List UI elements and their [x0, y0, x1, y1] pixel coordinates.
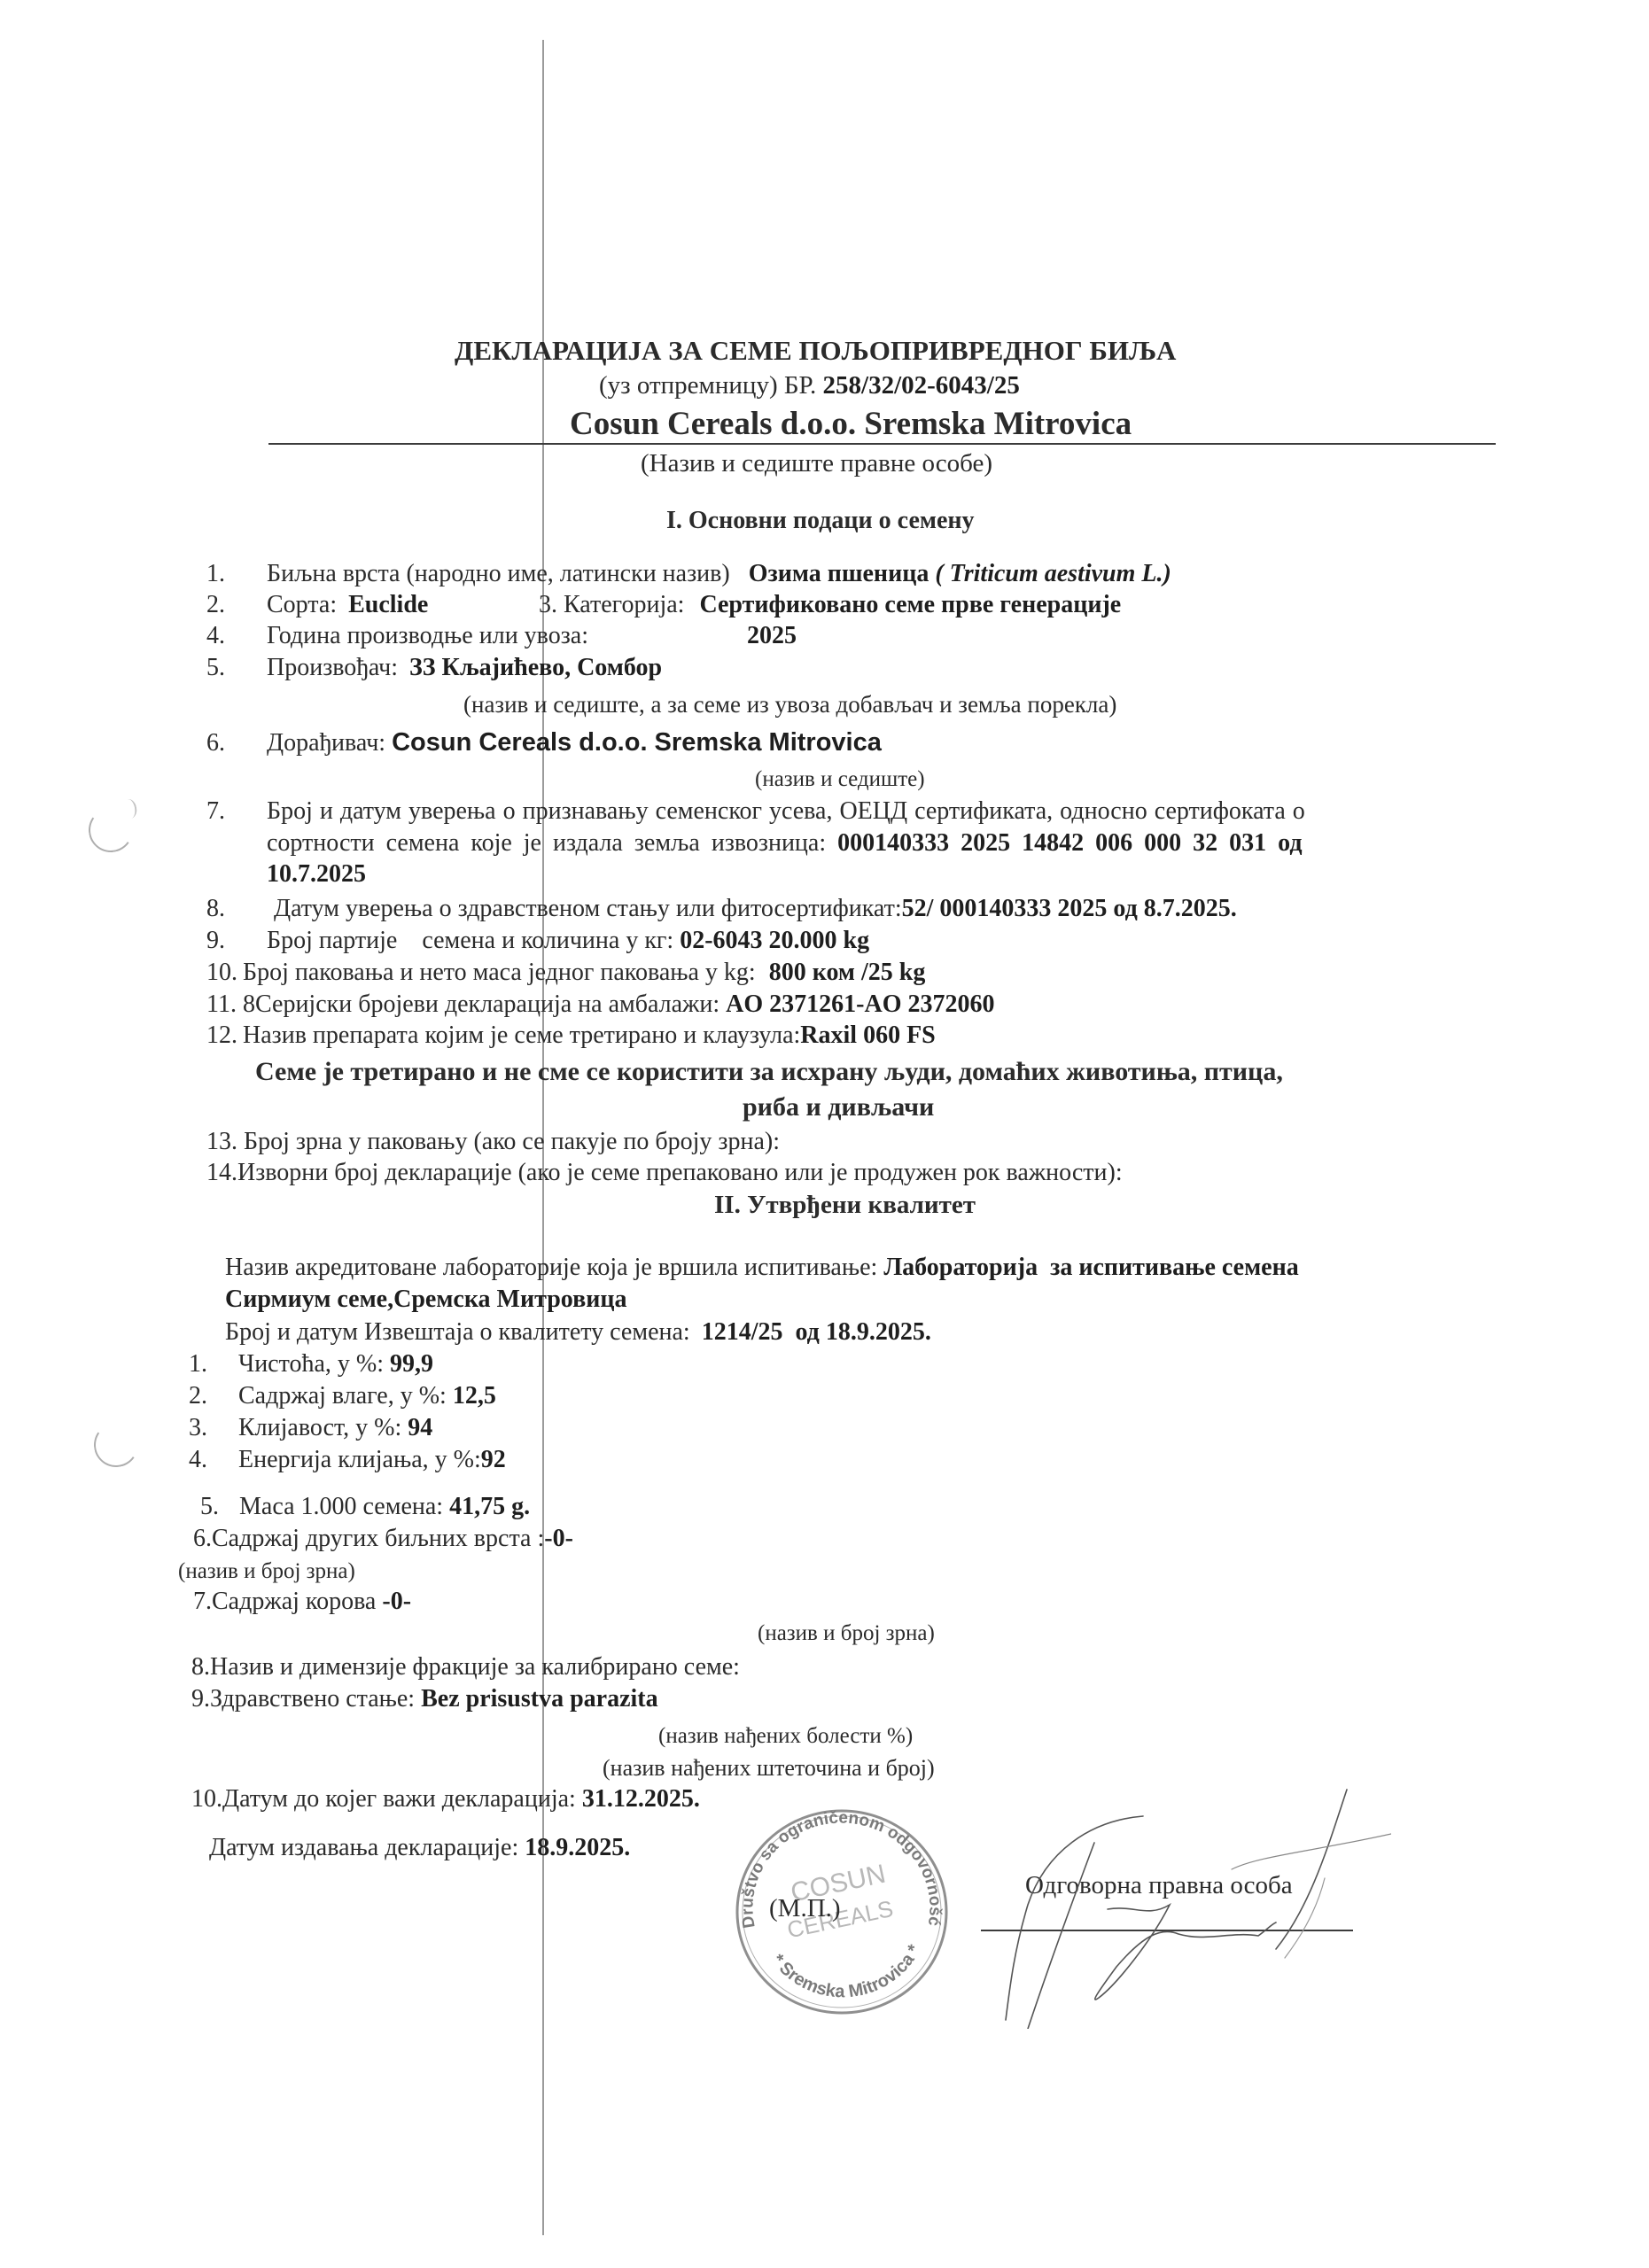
item-number: 12.: [206, 1021, 237, 1050]
item-label: Број партије семена и количина у кг:: [267, 927, 673, 954]
item-label: 9.Здравствено стање:: [191, 1685, 421, 1713]
item-value: 02-6043 20.000 kg: [680, 927, 869, 954]
quality-item-9-caption-2: (назив нађених штеточина и број): [603, 1755, 935, 1782]
item-value: Озима пшеница: [749, 560, 930, 587]
item-label: Категорија:: [564, 591, 684, 618]
item-7: 7.Број и датум уверења о признавању семе…: [206, 797, 1305, 826]
issue-date-label: Датум издавања декларације:: [209, 1834, 525, 1861]
item-9: 9.Број партије семена и количина у кг: 0…: [206, 927, 869, 955]
item-number: 5.: [200, 1493, 239, 1521]
signature-scribble-icon: [975, 1772, 1391, 2029]
item-label: Енергија клијања, у %:: [238, 1446, 481, 1473]
shipment-prefix: (уз отпремницу) БР.: [599, 371, 823, 400]
quality-item-2: 2.Садржај влаге, у %: 12,5: [189, 1382, 496, 1410]
item-value: Bez prisustva parazita: [421, 1685, 658, 1713]
item-value: -0-: [382, 1588, 411, 1615]
item-11: 11. 8Серијски бројеви декларација на амб…: [206, 990, 994, 1019]
quality-item-6-caption: (назив и број зрна): [178, 1559, 355, 1584]
company-caption: (Назив и седиште правне особе): [641, 449, 992, 478]
item-number: 1.: [206, 560, 267, 588]
item-label-line-1: Број и датум уверења о признавању семенс…: [267, 797, 1305, 825]
item-number: 14.: [206, 1159, 237, 1186]
lab-name: Назив акредитоване лабораторије која је …: [225, 1254, 1299, 1282]
lab-label: Назив акредитоване лабораторије која је …: [225, 1254, 877, 1281]
item-number: 6.: [206, 729, 267, 757]
item-label: Дорађивач:: [267, 729, 385, 757]
item-value: Euclide: [348, 591, 428, 618]
item-label: Број паковања и нето маса једног паковањ…: [243, 959, 756, 986]
quality-item-7: 7.Садржај корова -0-: [193, 1588, 411, 1616]
item-number: 1.: [189, 1350, 238, 1379]
treatment-warning-line-2: риба и дивљачи: [743, 1092, 934, 1122]
section-2-title: II. Утврђени квалитет: [714, 1191, 976, 1220]
item-value: ЗЗ Кљајићево, Сомбор: [409, 654, 662, 681]
item-value: 800 ком /25 kg: [769, 959, 926, 986]
item-value: 12,5: [453, 1382, 496, 1410]
item-5-caption: (назив и седиште, а за семе из увоза доб…: [463, 691, 1116, 718]
item-label: 6.Садржај других биљних врста :: [193, 1525, 544, 1552]
item-number: 7.: [206, 797, 267, 826]
item-value: 31.12.2025.: [582, 1785, 700, 1813]
item-label: 10.Датум до којег важи декларација:: [191, 1785, 582, 1813]
item-label: Клијавост, у %:: [238, 1414, 401, 1441]
item-value: 000140333 2025 14842 006 000 32 031 од: [837, 829, 1302, 857]
item-8: 8.Датум уверења о здравственом стању или…: [206, 895, 1237, 923]
quality-item-3: 3.Клијавост, у %: 94: [189, 1414, 432, 1442]
shipment-reference: (уз отпремницу) БР. 258/32/02-6043/25: [599, 371, 1020, 400]
quality-item-4: 4.Енергија клијања, у %:92: [189, 1446, 506, 1474]
section-1-title: I. Основни подаци о семену: [666, 507, 975, 535]
item-13: 13. Број зрна у паковању (ако се пакује …: [206, 1128, 780, 1156]
item-label: Маса 1.000 семена:: [239, 1493, 443, 1520]
item-label: Сорта:: [267, 591, 337, 618]
quality-item-6: 6.Садржај других биљних врста :-0-: [193, 1525, 573, 1553]
item-4-value: 2025: [747, 622, 797, 650]
item-label: Биљна врста (народно име, латински назив…: [267, 560, 730, 587]
item-10: 10. Број паковања и нето маса једног пак…: [206, 959, 925, 987]
item-value: -0-: [544, 1525, 573, 1552]
item-6: 6.Дорађивач: Cosun Cereals d.o.o. Sremsk…: [206, 728, 882, 757]
item-label-line-2: сортности семена које је издала земља из…: [267, 829, 826, 857]
quality-report: Број и датум Извештаја о квалитету семен…: [225, 1318, 931, 1347]
item-number: 3.: [539, 591, 557, 618]
item-label: Број зрна у паковању (ако се пакује по б…: [244, 1128, 780, 1155]
item-label: 7.Садржај корова: [193, 1588, 382, 1615]
quality-item-10: 10.Датум до којег важи декларација: 31.1…: [191, 1785, 700, 1814]
item-value: Raxil 060 FS: [800, 1021, 935, 1049]
seal-placeholder-label: (М.П.): [769, 1894, 841, 1923]
item-12: 12. Назив препарата којим је семе третир…: [206, 1021, 936, 1050]
item-value: 52/ 000140333 2025 од 8.7.2025.: [902, 895, 1237, 922]
item-1: 1.Биљна врста (народно име, латински наз…: [206, 560, 1171, 588]
quality-item-1: 1.Чистоћа, у %: 99,9: [189, 1350, 433, 1379]
company-seal: Društvo sa ograničenom odgovornošću * Sr…: [728, 1803, 955, 2020]
item-6-caption: (назив и седиште): [755, 767, 925, 792]
shipment-number: 258/32/02-6043/25: [823, 371, 1020, 400]
item-label: Датум уверења о здравственом стању или ф…: [274, 895, 902, 922]
item-number: 11.: [206, 990, 237, 1019]
item-number: 8.: [206, 895, 274, 923]
punch-hole-mark: [85, 804, 136, 856]
item-value: 99,9: [390, 1350, 433, 1378]
item-number: 4.: [189, 1446, 238, 1474]
item-14: 14.Изворни број декларације (ако је семе…: [206, 1159, 1123, 1187]
quality-item-8: 8.Назив и димензије фракције за калибрир…: [191, 1653, 740, 1682]
item-number: 3.: [189, 1414, 238, 1442]
item-value: 41,75 g.: [449, 1493, 530, 1520]
item-label: Произвођач:: [267, 654, 398, 681]
item-5: 5.Произвођач: ЗЗ Кљајићево, Сомбор: [206, 654, 662, 682]
punch-hole-mark: [90, 1419, 142, 1471]
svg-text:* Sremska Mitrovica *: * Sremska Mitrovica *: [767, 1942, 924, 2002]
item-number: 2.: [189, 1382, 238, 1410]
report-value: 1214/25 од 18.9.2025.: [702, 1318, 931, 1346]
company-name: Cosun Cereals d.o.o. Sremska Mitrovica: [570, 405, 1132, 443]
document-title: ДЕКЛАРАЦИЈА ЗА СЕМЕ ПОЉОПРИВРЕДНОГ БИЉА: [455, 335, 1176, 367]
quality-item-9-caption-1: (назив нађених болести %): [658, 1724, 913, 1749]
item-number: 4.: [206, 622, 267, 650]
item-2-3: 2.Сорта: Euclide: [206, 591, 428, 619]
item-label: Година производње или увоза:: [267, 622, 588, 649]
item-number: 2.: [206, 591, 267, 619]
item-value: Сертификовано семе прве генерације: [699, 591, 1121, 618]
item-label: 8Серијски бројеви декларација на амбалаж…: [243, 990, 719, 1018]
lab-value-line-1: Лабораторија за испитивање семена: [883, 1254, 1298, 1281]
item-number: 10.: [206, 959, 237, 987]
item-label: Изворни број декларације (ако је семе пр…: [237, 1159, 1123, 1186]
item-value-latin: ( Triticum aestivum L.): [935, 560, 1171, 587]
item-7-line-2: сортности семена које је издала земља из…: [267, 829, 1302, 858]
item-value: 92: [481, 1446, 506, 1473]
item-3: 3. Категорија: Сертификовано семе прве г…: [539, 591, 1121, 619]
report-label: Број и датум Извештаја о квалитету семен…: [225, 1318, 690, 1346]
issue-date-value: 18.9.2025.: [525, 1834, 630, 1861]
item-label: Чистоћа, у %:: [238, 1350, 384, 1378]
item-label: Садржај влаге, у %:: [238, 1382, 447, 1410]
item-label: Назив препарата којим је семе третирано …: [243, 1021, 800, 1049]
item-number: 13.: [206, 1128, 237, 1155]
quality-item-9: 9.Здравствено стање: Bez prisustva paraz…: [191, 1685, 658, 1713]
item-4: 4.Година производње или увоза:: [206, 622, 588, 650]
header-rule: [268, 443, 1496, 445]
lab-value-line-2: Сирмиум семе,Сремска Митровица: [225, 1285, 626, 1314]
quality-item-5: 5.Маса 1.000 семена: 41,75 g.: [200, 1493, 530, 1521]
item-7-date: 10.7.2025: [267, 860, 366, 889]
item-number: 5.: [206, 654, 267, 682]
quality-item-7-caption: (назив и број зрна): [758, 1621, 935, 1646]
item-number: 9.: [206, 927, 267, 955]
issue-date: Датум издавања декларације: 18.9.2025.: [209, 1834, 630, 1862]
item-value: 94: [408, 1414, 432, 1441]
item-value: Cosun Cereals d.o.o. Sremska Mitrovica: [392, 728, 882, 757]
treatment-warning-line-1: Семе је третирано и не сме се користити …: [255, 1057, 1283, 1087]
item-value: AO 2371261-AO 2372060: [726, 990, 994, 1018]
